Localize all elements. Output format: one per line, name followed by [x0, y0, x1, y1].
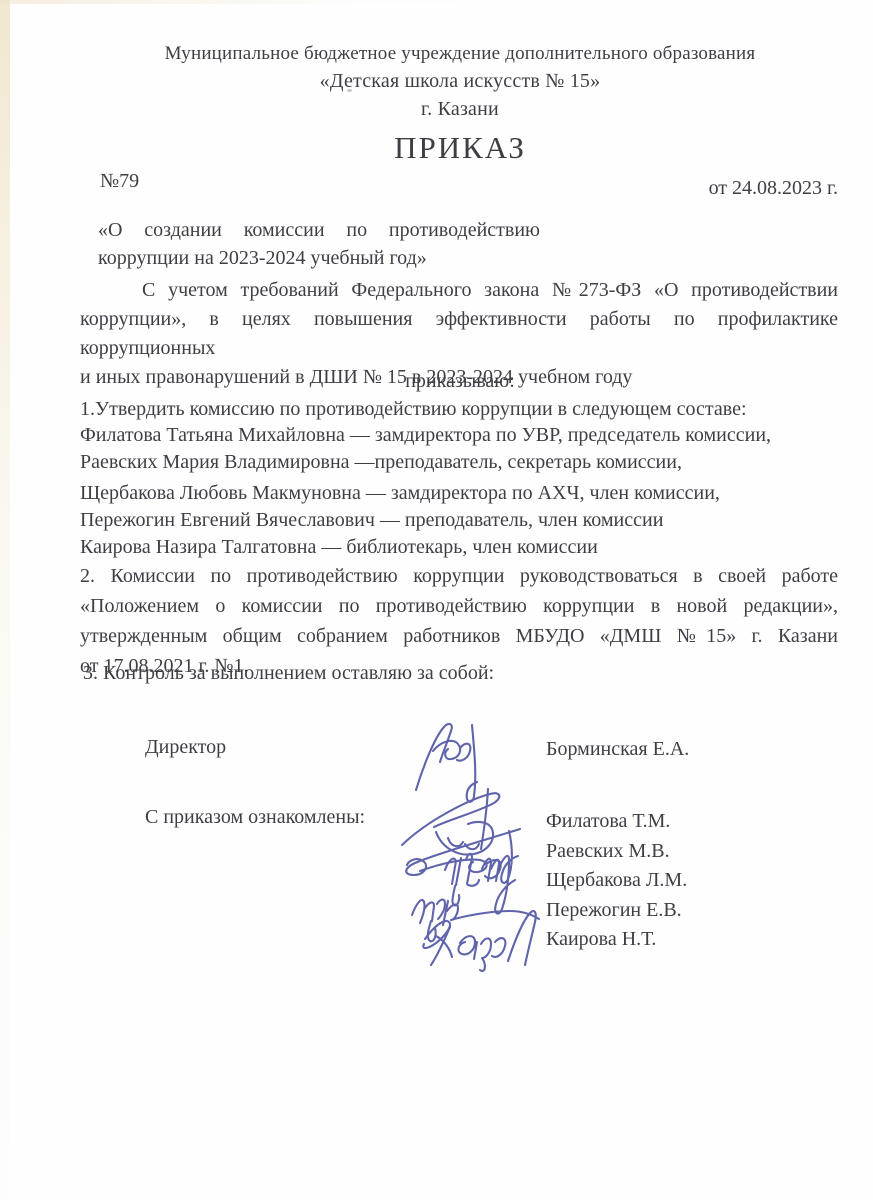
acknowledged-label: С приказом ознакомлены: [145, 806, 365, 829]
order-subject: «О создании комиссии по противодействию … [98, 216, 540, 272]
order-date: от 24.08.2023 г. [709, 177, 838, 200]
commission-members-list: Филатова Татьяна Михайловна — замдиректо… [80, 422, 840, 561]
filatova-signature [402, 789, 499, 855]
item2-line2: «Положением о комиссии по противодействи… [80, 591, 838, 621]
order-keyword: приказываю: [50, 370, 870, 393]
scan-left-edge-shadow [0, 0, 10, 1200]
item2-line3: утвержденным общим собранием работников … [80, 621, 838, 651]
director-label: Директор [145, 736, 226, 759]
org-name-line1: Муниципальное бюджетное учреждение допол… [50, 40, 870, 67]
number-date-row: №79 от 24.08.2023 г. [100, 170, 838, 200]
member-shcherbakova: Щербакова Любовь Макмуновна — замдиректо… [80, 480, 840, 507]
order-item-3: 3. Контроль за выполнением оставляю за с… [83, 662, 803, 685]
document-header: Муниципальное бюджетное учреждение допол… [50, 40, 870, 123]
perezhogin-signature [412, 900, 539, 942]
org-name-line2: «Детская школа искусств № 15» [50, 68, 870, 95]
scan-top-edge-shadow [0, 0, 873, 4]
raevskikh-signature [406, 829, 520, 883]
director-signature [416, 724, 477, 802]
item2-line1: 2. Комиссии по противодействию коррупции… [80, 561, 838, 591]
preamble-line1: С учетом требований Федерального закона … [80, 276, 838, 305]
member-kairova: Каирова Назира Талгатовна — библиотекарь… [80, 534, 840, 561]
document-title: ПРИКАЗ [50, 130, 870, 166]
handwritten-signatures [390, 698, 570, 983]
org-city: г. Казани [50, 96, 870, 123]
subject-line1: «О создании комиссии по противодействию [98, 216, 540, 244]
member-perezhogin: Пережогин Евгений Вячеславович — препода… [80, 507, 840, 534]
order-number: №79 [100, 170, 139, 193]
kairova-signature [423, 911, 535, 971]
member-filatova: Филатова Татьяна Михайловна — замдиректо… [80, 422, 840, 449]
scanned-order-document: Муниципальное бюджетное учреждение допол… [0, 0, 873, 1200]
order-item-1: 1.Утвердить комиссию по противодействию … [80, 398, 838, 421]
preamble-line2: коррупции», в целях повышения эффективно… [80, 305, 838, 363]
subject-line2: коррупции на 2023-2024 учебный год» [98, 244, 540, 272]
member-raevskikh: Раевских Мария Владимировна —преподавате… [80, 449, 840, 476]
